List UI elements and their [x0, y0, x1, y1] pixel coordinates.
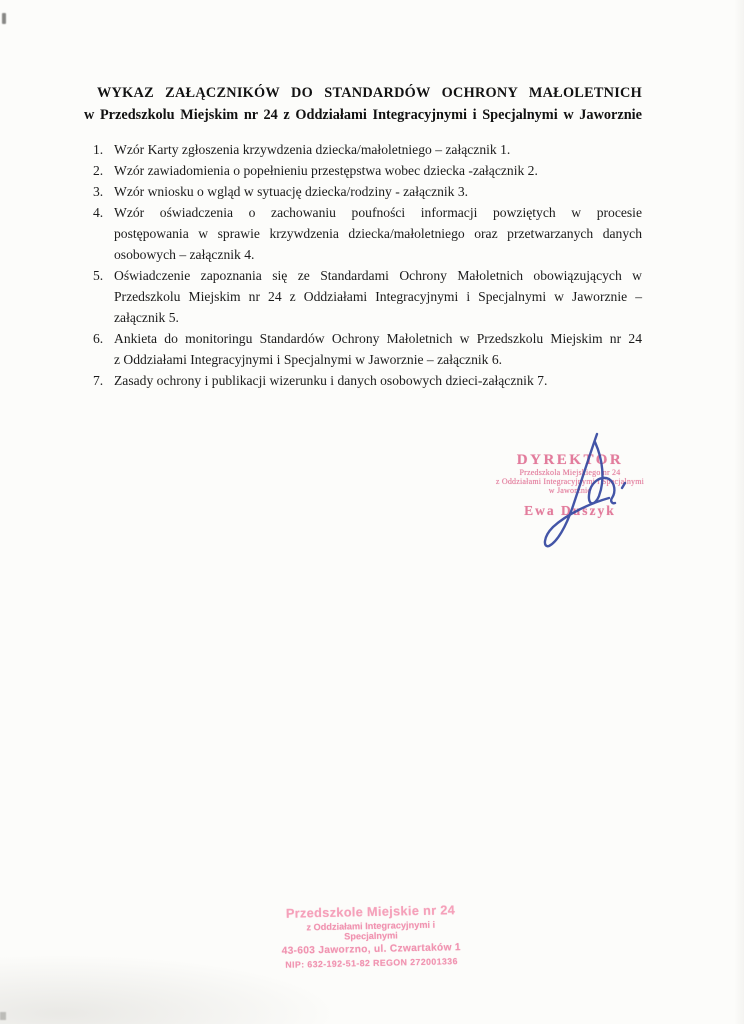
list-item-6: 6. Ankieta do monitoringu Standardów Och… — [93, 328, 642, 370]
address-stamp: Przedszkole Miejskie nr 24 z Oddziałami … — [280, 903, 461, 970]
list-item-5: 5. Oświadczenie zapoznania się ze Standa… — [93, 265, 642, 328]
item-number: 6. — [93, 328, 114, 370]
item-text: Wzór Karty zgłoszenia krzywdzenia dzieck… — [114, 139, 642, 160]
title-line-2: w Przedszkolu Miejskim nr 24 z Oddziałam… — [84, 104, 642, 126]
item-line: Oświadczenie zapoznania się ze Standarda… — [114, 265, 642, 286]
scan-speck — [0, 1012, 6, 1020]
item-line: z Oddziałami Integracyjnymi i Specjalnym… — [114, 349, 642, 370]
item-number: 3. — [93, 181, 114, 202]
list-item-3: 3. Wzór wniosku o wgląd w sytuację dziec… — [93, 181, 642, 202]
handwritten-signature — [534, 428, 636, 564]
scan-artifact-mark — [2, 13, 6, 24]
list-item-7: 7. Zasady ochrony i publikacji wizerunku… — [93, 370, 642, 391]
attachment-list: 1. Wzór Karty zgłoszenia krzywdzenia dzi… — [93, 139, 642, 391]
item-line: Przedszkolu Miejskim nr 24 z Oddziałami … — [114, 286, 642, 307]
item-number: 2. — [93, 160, 114, 181]
scanned-document-page: WYKAZ ZAŁĄCZNIKÓW DO STANDARDÓW OCHRONY … — [0, 0, 744, 1024]
item-line: Wzór wniosku o wgląd w sytuację dziecka/… — [114, 181, 642, 202]
item-line: osobowych – załącznik 4. — [114, 244, 642, 265]
document-title: WYKAZ ZAŁĄCZNIKÓW DO STANDARDÓW OCHRONY … — [84, 82, 642, 126]
item-line: Wzór zawiadomienia o popełnieniu przestę… — [114, 160, 642, 181]
item-line: postępowania w sprawie krzywdzenia dziec… — [114, 223, 642, 244]
item-text: Oświadczenie zapoznania się ze Standarda… — [114, 265, 642, 328]
scan-edge-shading — [734, 0, 744, 1024]
item-line: Zasady ochrony i publikacji wizerunku i … — [114, 370, 642, 391]
address-stamp-name: Przedszkole Miejskie nr 24 — [280, 903, 460, 921]
address-stamp-address: 43-603 Jaworzno, ul. Czwartaków 1 — [281, 942, 461, 957]
item-text: Wzór wniosku o wgląd w sytuację dziecka/… — [114, 181, 642, 202]
item-number: 1. — [93, 139, 114, 160]
list-item-4: 4. Wzór oświadczenia o zachowaniu poufno… — [93, 202, 642, 265]
list-item-2: 2. Wzór zawiadomienia o popełnieniu prze… — [93, 160, 642, 181]
item-line: Ankieta do monitoringu Standardów Ochron… — [114, 328, 642, 349]
item-text: Zasady ochrony i publikacji wizerunku i … — [114, 370, 642, 391]
item-number: 5. — [93, 265, 114, 328]
item-number: 7. — [93, 370, 114, 391]
list-item-1: 1. Wzór Karty zgłoszenia krzywdzenia dzi… — [93, 139, 642, 160]
item-text: Wzór oświadczenia o zachowaniu poufności… — [114, 202, 642, 265]
title-line-1: WYKAZ ZAŁĄCZNIKÓW DO STANDARDÓW OCHRONY … — [84, 82, 642, 104]
item-line: załącznik 5. — [114, 307, 642, 328]
item-line: Wzór Karty zgłoszenia krzywdzenia dzieck… — [114, 139, 642, 160]
address-stamp-subtitle: z Oddziałami Integracyjnymi i Specjalnym… — [281, 919, 461, 943]
address-stamp-ids: NIP: 632-192-51-82 REGON 272001336 — [281, 956, 461, 970]
item-line: Wzór oświadczenia o zachowaniu poufności… — [114, 202, 642, 223]
item-number: 4. — [93, 202, 114, 265]
item-text: Wzór zawiadomienia o popełnieniu przestę… — [114, 160, 642, 181]
item-text: Ankieta do monitoringu Standardów Ochron… — [114, 328, 642, 370]
